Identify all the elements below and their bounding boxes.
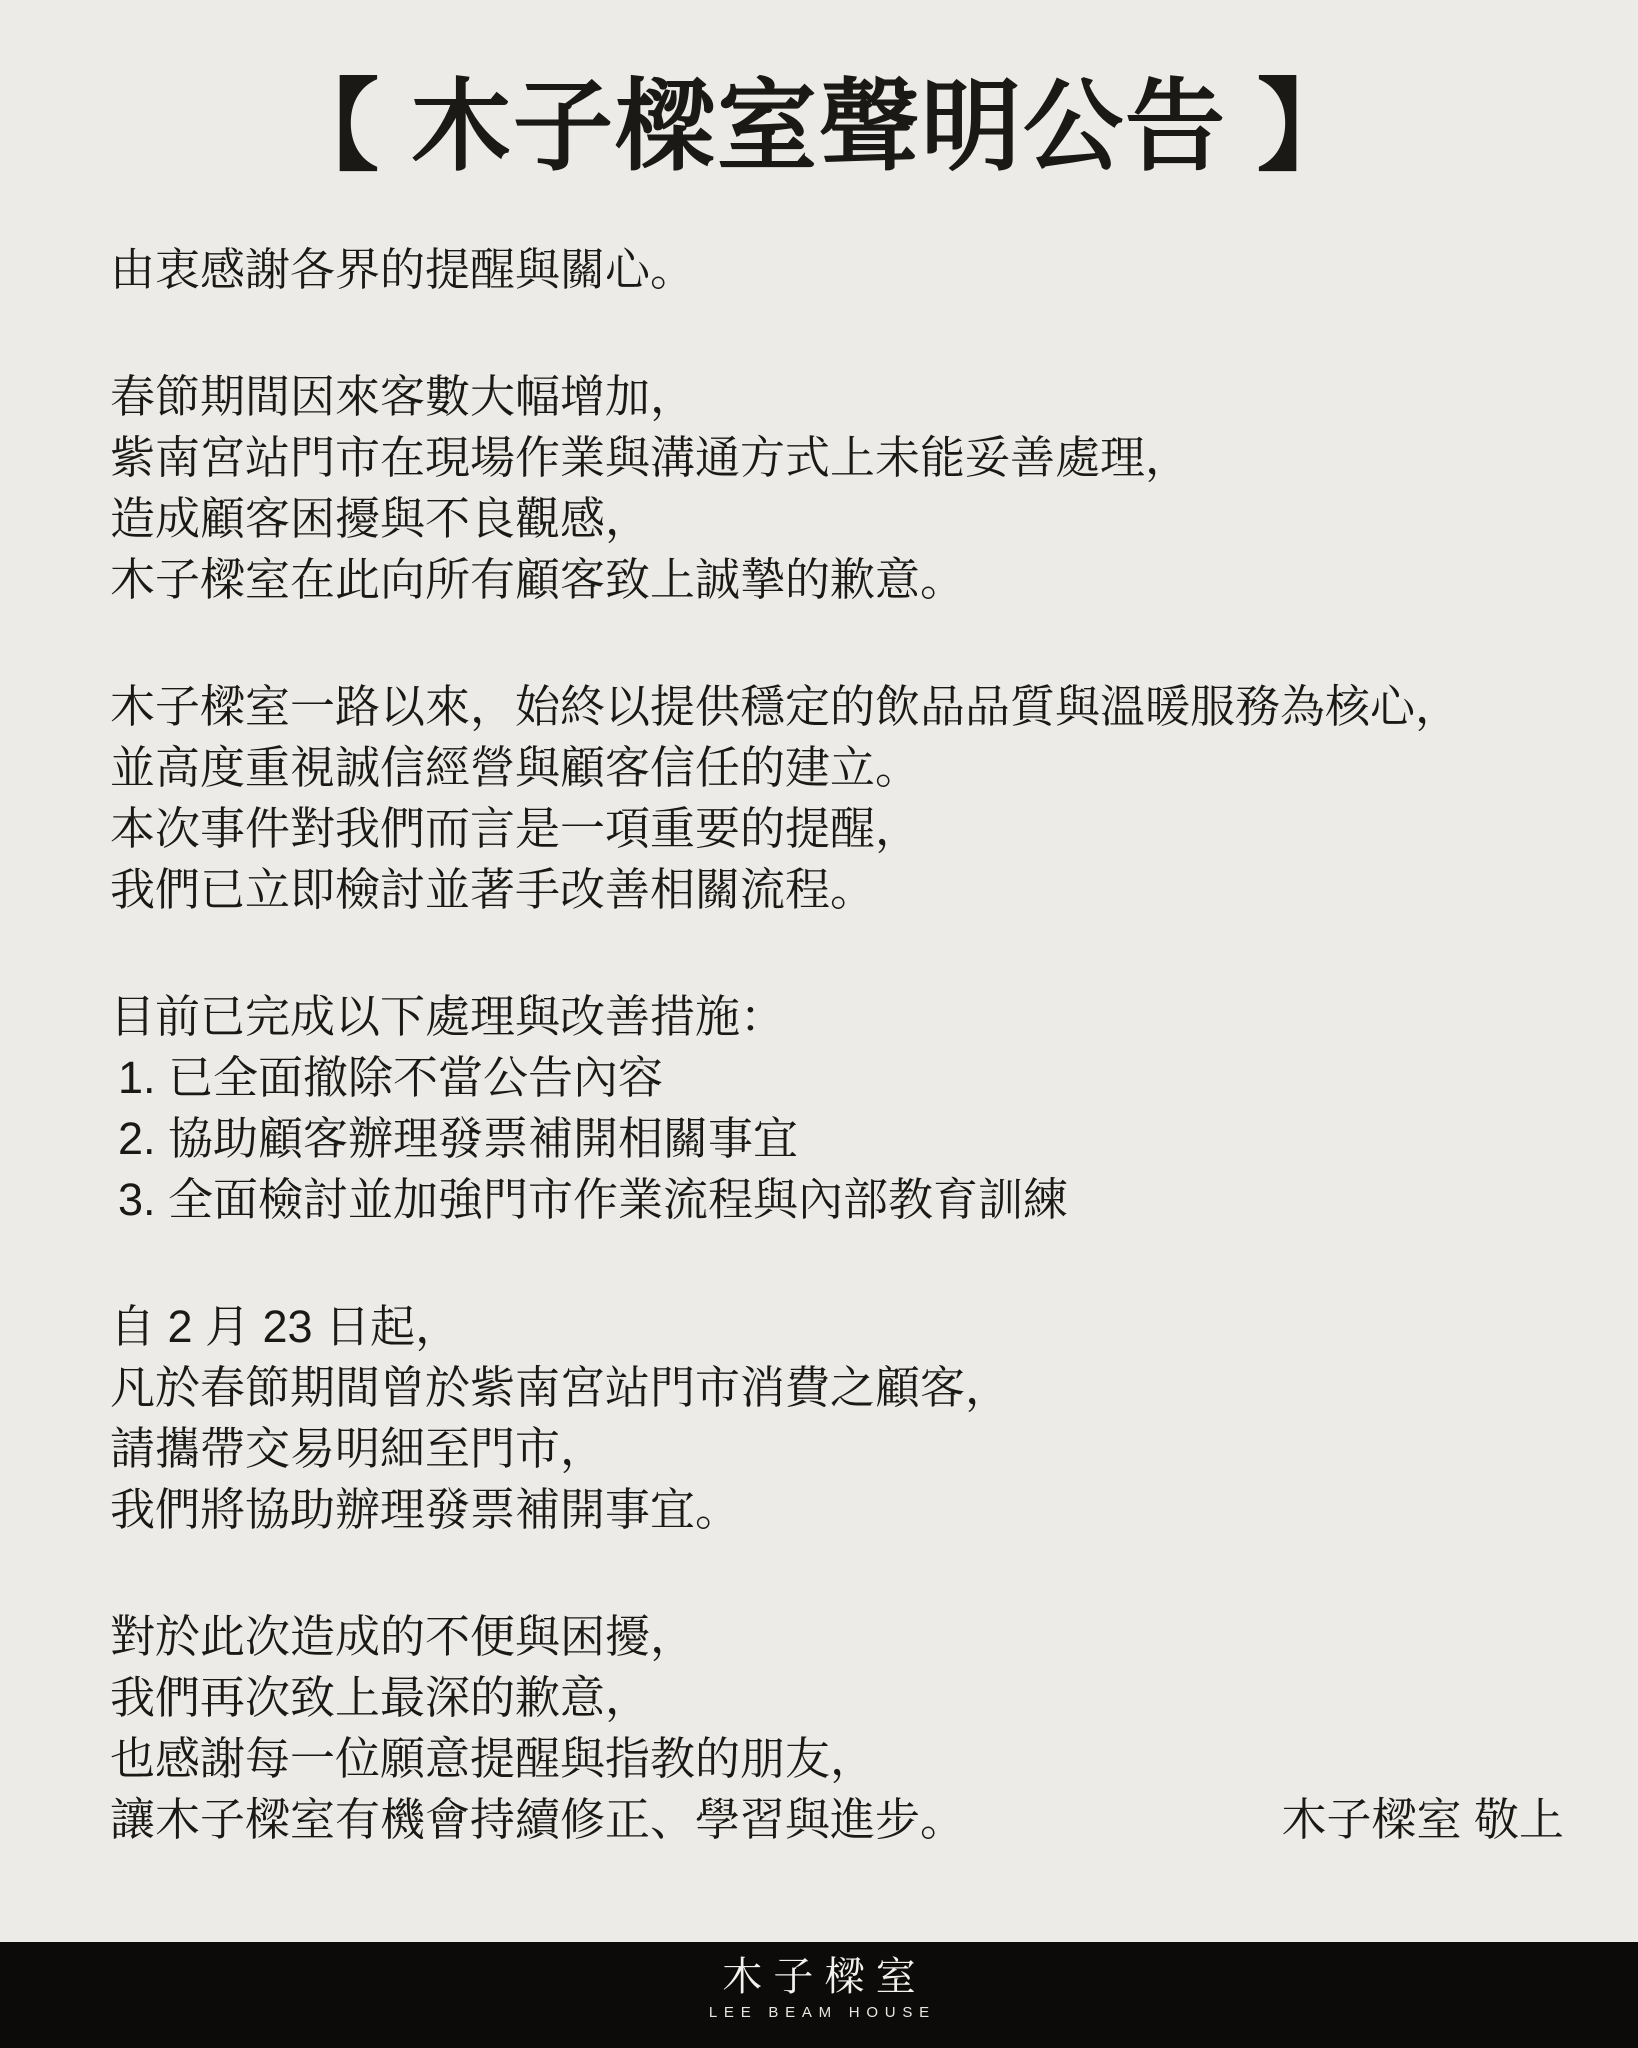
paragraph-gratitude: 由衷感謝各界的提醒與關心。: [110, 239, 1564, 300]
paragraph-measures: 目前已完成以下處理與改善措施： 1. 已全面撤除不當公告內容 2. 協助顧客辦理…: [110, 986, 1564, 1230]
text-line: 木子樑室在此向所有顧客致上誠摯的歉意。: [110, 549, 1564, 610]
paragraph-apology-closing: 對於此次造成的不便與困擾， 我們再次致上最深的歉意， 也感謝每一位願意提醒與指教…: [110, 1606, 1564, 1850]
text-line: 由衷感謝各界的提醒與關心。: [110, 239, 1564, 300]
text-line: 我們將協助辦理發票補開事宜。: [110, 1479, 1564, 1540]
announcement-poster: 【 木子樑室聲明公告 】 由衷感謝各界的提醒與關心。 春節期間因來客數大幅增加，…: [0, 0, 1638, 2048]
text-line: 春節期間因來客數大幅增加，: [110, 366, 1564, 427]
signature: 木子樑室 敬上: [1281, 1789, 1564, 1850]
paragraph-incident: 春節期間因來客數大幅增加， 紫南宮站門市在現場作業與溝通方式上未能妥善處理， 造…: [110, 366, 1564, 610]
text-line: 木子樑室一路以來，始終以提供穩定的飲品品質與溫暖服務為核心，: [110, 676, 1564, 737]
paragraph-values: 木子樑室一路以來，始終以提供穩定的飲品品質與溫暖服務為核心， 並高度重視誠信經營…: [110, 676, 1564, 920]
text-line: 我們再次致上最深的歉意，: [110, 1667, 1564, 1728]
text-line: 也感謝每一位願意提醒與指教的朋友，: [110, 1728, 1564, 1789]
statement-title: 【 木子樑室聲明公告 】: [0, 0, 1638, 190]
list-item-3: 3. 全面檢討並加強門市作業流程與內部教育訓練: [110, 1169, 1564, 1230]
text-line: 本次事件對我們而言是一項重要的提醒，: [110, 798, 1564, 859]
footer-brand-bar: 木子樑室 LEE BEAM HOUSE: [0, 1942, 1638, 2048]
closing-line-with-signature: 讓木子樑室有機會持續修正、學習與進步。 木子樑室 敬上: [110, 1789, 1564, 1850]
text-line: 紫南宮站門市在現場作業與溝通方式上未能妥善處理，: [110, 427, 1564, 488]
text-line: 讓木子樑室有機會持續修正、學習與進步。: [110, 1789, 965, 1850]
text-line: 自 2 月 23 日起，: [110, 1296, 1564, 1357]
paragraph-reissue-info: 自 2 月 23 日起， 凡於春節期間曾於紫南宮站門市消費之顧客， 請攜帶交易明…: [110, 1296, 1564, 1540]
text-line: 對於此次造成的不便與困擾，: [110, 1606, 1564, 1667]
text-line: 目前已完成以下處理與改善措施：: [110, 986, 1564, 1047]
text-line: 請攜帶交易明細至門市，: [110, 1418, 1564, 1479]
statement-body: 由衷感謝各界的提醒與關心。 春節期間因來客數大幅增加， 紫南宮站門市在現場作業與…: [0, 239, 1638, 1850]
text-line: 我們已立即檢討並著手改善相關流程。: [110, 859, 1564, 920]
text-line: 造成顧客困擾與不良觀感，: [110, 488, 1564, 549]
list-item-2: 2. 協助顧客辦理發票補開相關事宜: [110, 1108, 1564, 1169]
list-item-1: 1. 已全面撤除不當公告內容: [110, 1047, 1564, 1108]
text-line: 凡於春節期間曾於紫南宮站門市消費之顧客，: [110, 1357, 1564, 1418]
brand-logo-en: LEE BEAM HOUSE: [0, 2004, 1638, 2022]
text-line: 並高度重視誠信經營與顧客信任的建立。: [110, 737, 1564, 798]
brand-logo-cjk: 木子樑室: [0, 1955, 1638, 1999]
